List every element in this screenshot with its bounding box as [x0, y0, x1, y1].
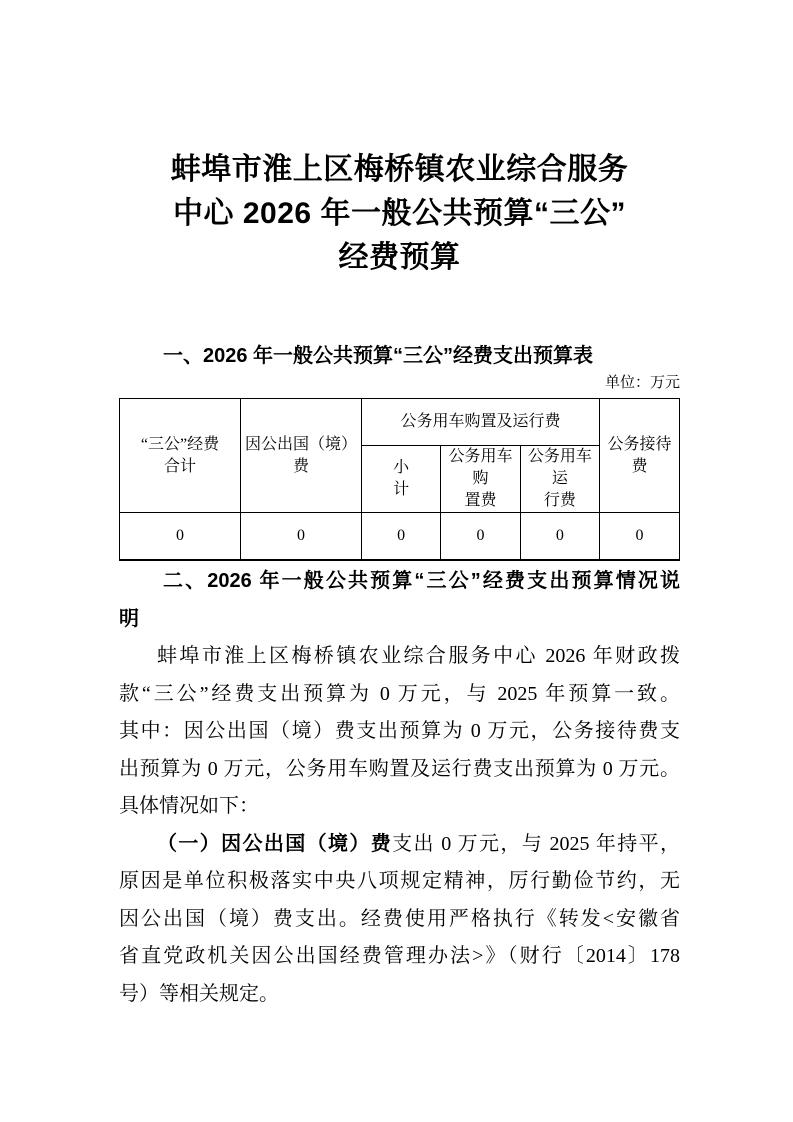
paragraph-line: 省直党政机关因公出国经费管理办法>》（财行〔2014〕178	[119, 938, 680, 976]
table-header-reception: 公务接待 费	[600, 399, 680, 513]
paragraph-line-abroad-first: （一）因公出国（境）费支出 0 万元，与 2025 年持平，	[119, 826, 680, 864]
section2-heading-line: 二、2026 年一般公共预算“三公”经费支出预算情况说	[119, 563, 680, 601]
document-title: 蚌埠市淮上区梅桥镇农业综合服务 中心 2026 年一般公共预算“三公” 经费预算	[119, 0, 680, 280]
budget-table: “三公”经费 合计 因公出国（境） 费 公务用车购置及运行费 公务接待 费 小 …	[119, 398, 680, 561]
paragraph-line: 原因是单位积极落实中央八项规定精神，厉行勤俭节约，无	[119, 863, 680, 901]
table-header-vehicle-subtotal: 小 计	[362, 446, 441, 513]
paragraph-line: 号）等相关规定。	[119, 976, 680, 1014]
document-page: 蚌埠市淮上区梅桥镇农业综合服务 中心 2026 年一般公共预算“三公” 经费预算…	[0, 0, 793, 1122]
paragraph-line: 其中：因公出国（境）费支出预算为 0 万元，公务接待费支	[119, 713, 680, 751]
paragraph-text: 支出 0 万元，与 2025 年持平，	[392, 833, 680, 855]
section2-body: 二、2026 年一般公共预算“三公”经费支出预算情况说 明 蚌埠市淮上区梅桥镇农…	[119, 563, 680, 1013]
table-header-row-top: “三公”经费 合计 因公出国（境） 费 公务用车购置及运行费 公务接待 费	[120, 399, 680, 446]
paragraph-line: 因公出国（境）费支出。经费使用严格执行《转发<安徽省	[119, 901, 680, 939]
paragraph-line: 具体情况如下：	[119, 788, 680, 826]
table-value-abroad: 0	[241, 513, 362, 561]
table-value-vehicle-operation: 0	[520, 513, 599, 561]
table-value-vehicle-subtotal: 0	[362, 513, 441, 561]
unit-note: 单位：万元	[119, 373, 680, 393]
paragraph-line: 蚌埠市淮上区梅桥镇农业综合服务中心 2026 年财政拨	[119, 638, 680, 676]
table-data-row: 0 0 0 0 0 0	[120, 513, 680, 561]
table-header-vehicle-operation: 公务用车运 行费	[520, 446, 599, 513]
section1-heading: 一、2026 年一般公共预算“三公”经费支出预算表	[119, 342, 680, 370]
document-content: 蚌埠市淮上区梅桥镇农业综合服务 中心 2026 年一般公共预算“三公” 经费预算…	[119, 0, 680, 1013]
paragraph-line: 出预算为 0 万元，公务用车购置及运行费支出预算为 0 万元。	[119, 751, 680, 789]
table-header-total: “三公”经费 合计	[120, 399, 241, 513]
title-line: 经费预算	[119, 236, 680, 280]
table-value-vehicle-purchase: 0	[441, 513, 520, 561]
table-header-vehicle-purchase: 公务用车购 置费	[441, 446, 520, 513]
title-line: 蚌埠市淮上区梅桥镇农业综合服务	[119, 148, 680, 192]
table-header-abroad: 因公出国（境） 费	[241, 399, 362, 513]
section2-heading-line: 明	[119, 601, 680, 639]
table-value-total: 0	[120, 513, 241, 561]
paragraph-line: 款“三公”经费支出预算为 0 万元，与 2025 年预算一致。	[119, 676, 680, 714]
title-line: 中心 2026 年一般公共预算“三公”	[119, 192, 680, 236]
emphasis-text: （一）因公出国（境）费	[157, 833, 392, 855]
table-header-vehicle-group: 公务用车购置及运行费	[362, 399, 600, 446]
table-value-reception: 0	[600, 513, 680, 561]
